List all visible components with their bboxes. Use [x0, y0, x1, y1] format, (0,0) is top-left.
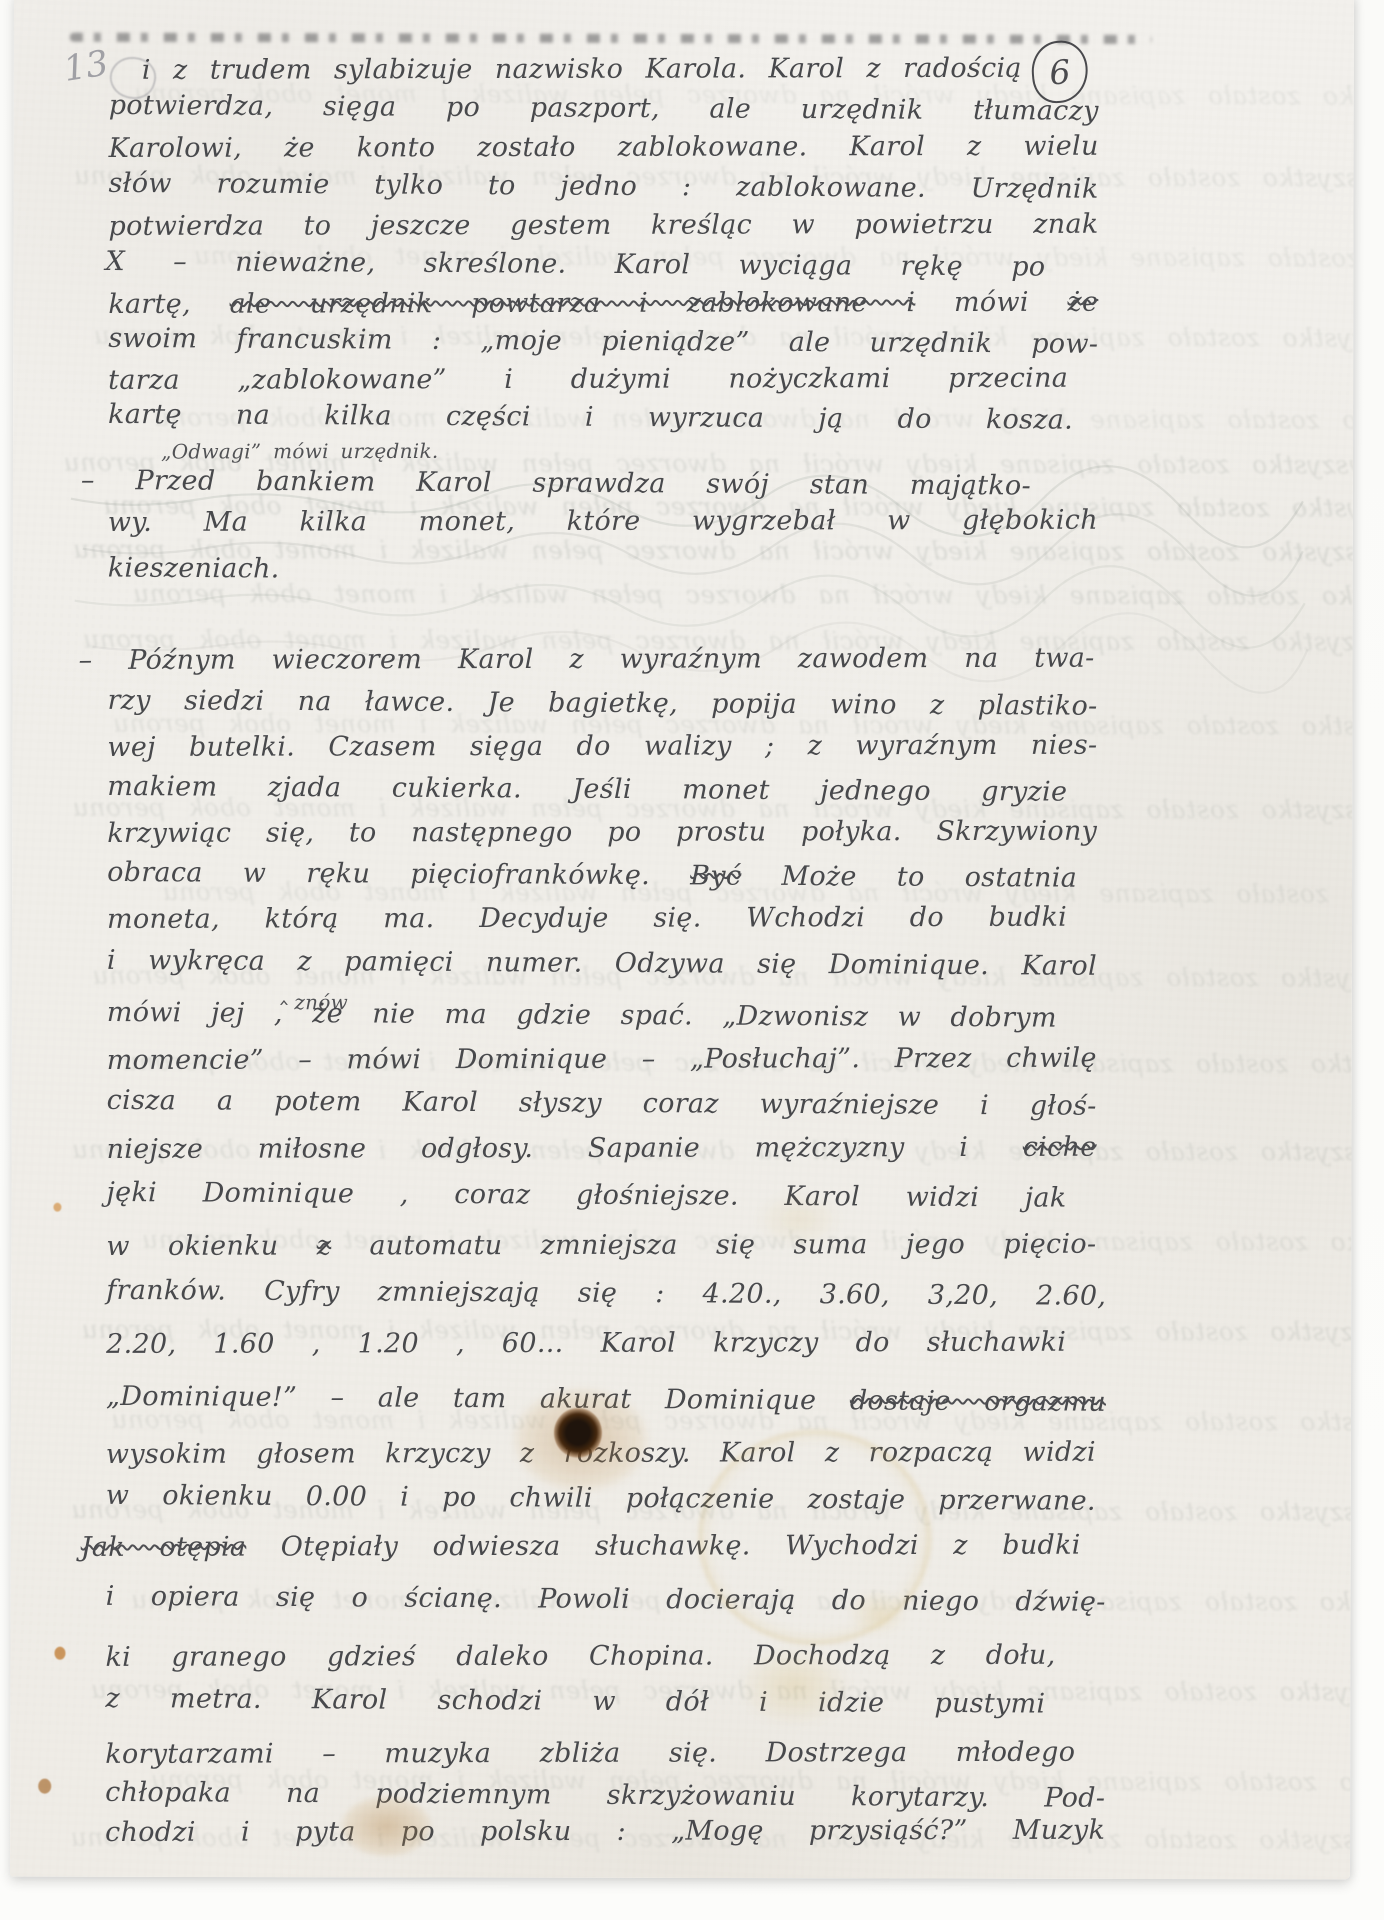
- text-segment: potwierdza, sięga po paszport, ale urzęd…: [109, 90, 1099, 127]
- text-segment: obraca w ręku pięciofrankówkę.: [107, 857, 690, 891]
- text-segment: – Późnym wieczorem Karol z wyraźnym zawo…: [79, 643, 1095, 676]
- text-segment: z metra. Karol schodzi w dół i idzie pus…: [105, 1683, 1045, 1720]
- handwritten-line-29: w okienku z automatu zmniejsza się suma …: [106, 1229, 1096, 1262]
- text-segment: Może to ostatnia: [741, 861, 1077, 894]
- text-segment: potwierdza to jeszcze gestem kreśląc w p…: [108, 209, 1098, 242]
- text-segment: moneta, którą ma. Decyduje się. Wchodzi …: [107, 902, 1067, 935]
- handwritten-line-32: „Dominique!” – ale tam akurat Dominique …: [106, 1381, 1106, 1418]
- text-segment: X – nieważne, skreślone. Karol wyciąga r…: [105, 246, 1045, 283]
- manuscript-lines: i z trudem sylabizuje nazwisko Karola. K…: [10, 0, 1354, 1879]
- handwritten-line-24: mówi jej , że nie ma gdzie spać. „Dzwoni…: [107, 997, 1057, 1034]
- handwritten-line-25: momencie” – mówi Dominique – „Posłuchaj”…: [107, 1043, 1097, 1076]
- handwritten-line-4: słów rozumie tylko to jedno : zablokowan…: [108, 168, 1098, 205]
- handwritten-line-34: w okienku 0.00 i po chwili połączenie zo…: [106, 1480, 1096, 1517]
- handwritten-line-27: niejsze miłosne odgłosy. Sapanie mężczyz…: [107, 1132, 1097, 1165]
- handwritten-line-5: potwierdza to jeszcze gestem kreśląc w p…: [108, 209, 1098, 242]
- handwritten-line-40: chłopaka na podziemnym skrzyżowaniu kory…: [105, 1777, 1105, 1814]
- handwritten-line-8: swoim francuskim : „moje pieniądze” ale …: [108, 323, 1098, 360]
- text-segment: 2.20, 1.60 , 1.20 , 60... Karol krzyczy …: [106, 1327, 1066, 1360]
- text-segment: tarza „zablokowane” i dużymi nożyczkami …: [108, 363, 1068, 396]
- text-segment: wej butelki. Czasem sięga do walizy ; z …: [107, 730, 1097, 763]
- text-segment: jęki Dominique , coraz głośniejsze. Karo…: [106, 1177, 1066, 1214]
- handwritten-line-35: Jak otępia Otępiały odwiesza słuchawkę. …: [81, 1530, 1081, 1563]
- handwritten-line-36: i opiera się o ścianę. Powoli docierają …: [106, 1581, 1106, 1618]
- strikethrough-text: Jak otępia: [81, 1532, 247, 1563]
- text-segment: „Odwagi” mówi urzędnik.: [161, 439, 439, 464]
- text-segment: chodzi i pyta po polsku : „Mogę przysiąś…: [105, 1815, 1105, 1848]
- text-segment: automatu zmniejsza się suma jego pięcio-: [331, 1229, 1096, 1262]
- strikethrough-text: dostaje orgazmu: [850, 1385, 1106, 1418]
- strikethrough-text: z: [317, 1230, 332, 1261]
- handwritten-line-31: 2.20, 1.60 , 1.20 , 60... Karol krzyczy …: [106, 1327, 1066, 1360]
- text-segment: „Dominique!” – ale tam akurat Dominique: [106, 1381, 850, 1416]
- handwritten-line-20: obraca w ręku pięciofrankówkę. Być Może …: [107, 857, 1077, 894]
- strikethrough-text: Być: [690, 860, 741, 891]
- text-segment: niejsze miłosne odgłosy. Sapanie mężczyz…: [107, 1132, 1023, 1165]
- handwritten-line-11: „Odwagi” mówi urzędnik.: [161, 439, 439, 464]
- text-segment: momencie” – mówi Dominique – „Posłuchaj”…: [107, 1043, 1097, 1076]
- handwritten-line-12: – Przed bankiem Karol sprawdza swój stan…: [81, 465, 1031, 502]
- handwritten-line-9: tarza „zablokowane” i dużymi nożyczkami …: [108, 363, 1068, 396]
- paper-sheet: nad ranem przy oknie stoją ludzie którzy…: [10, 0, 1354, 1879]
- handwritten-line-30: franków. Cyfry zmniejszają się : 4.20., …: [106, 1275, 1106, 1312]
- text-segment: wy. Ma kilka monet, które wygrzebał w gł…: [108, 505, 1098, 538]
- text-segment: wysokim głosem krzyczy z rozkoszy. Karol…: [106, 1437, 1096, 1470]
- text-segment: mówi jej , że nie ma gdzie spać. „Dzwoni…: [107, 997, 1057, 1034]
- text-segment: chłopaka na podziemnym skrzyżowaniu kory…: [105, 1777, 1105, 1814]
- strikethrough-text: że: [1067, 287, 1098, 318]
- handwritten-line-7: kartę, ale urzędnik powtarza i zablokowa…: [108, 287, 1098, 320]
- text-segment: w okienku 0.00 i po chwili połączenie zo…: [106, 1480, 1096, 1517]
- text-segment: krzywiąc się, to następnego po prostu po…: [107, 816, 1097, 849]
- handwritten-line-41: chodzi i pyta po polsku : „Mogę przysiąś…: [105, 1815, 1105, 1848]
- text-segment: – Przed bankiem Karol sprawdza swój stan…: [81, 465, 1031, 502]
- text-segment: korytarzami – muzyka zbliża się. Dostrze…: [105, 1737, 1075, 1770]
- handwritten-line-22: i wykręca z pamięci numer. Odzywa się Do…: [107, 945, 1097, 982]
- handwritten-line-37: ki granego gdzieś daleko Chopina. Dochod…: [105, 1640, 1055, 1673]
- text-segment: ki granego gdzieś daleko Chopina. Dochod…: [105, 1640, 1055, 1673]
- text-segment: rzy siedzi na ławce. Je bagietkę, popija…: [107, 685, 1097, 722]
- text-segment: i z trudem sylabizuje nazwisko Karola. K…: [142, 53, 1022, 86]
- handwritten-line-28: jęki Dominique , coraz głośniejsze. Karo…: [106, 1177, 1066, 1214]
- text-segment: w okienku: [106, 1230, 316, 1261]
- handwritten-line-39: korytarzami – muzyka zbliża się. Dostrze…: [105, 1737, 1075, 1770]
- handwritten-line-15: – Późnym wieczorem Karol z wyraźnym zawo…: [79, 643, 1095, 676]
- text-segment: franków. Cyfry zmniejszają się : 4.20., …: [106, 1275, 1106, 1312]
- scan-background: nad ranem przy oknie stoją ludzie którzy…: [0, 0, 1384, 1920]
- handwritten-line-38: z metra. Karol schodzi w dół i idzie pus…: [105, 1683, 1045, 1720]
- text-segment: słów rozumie tylko to jedno : zablokowan…: [108, 168, 1098, 205]
- handwritten-line-19: krzywiąc się, to następnego po prostu po…: [107, 816, 1097, 849]
- handwritten-line-10: kartę na kilka części i wyrzuca ją do ko…: [108, 399, 1073, 436]
- handwritten-line-13: wy. Ma kilka monet, które wygrzebał w gł…: [108, 505, 1098, 538]
- text-segment: Karolowi, że konto zostało zablokowane. …: [109, 131, 1099, 164]
- text-segment: Otępiały odwiesza słuchawkę. Wychodzi z …: [246, 1530, 1081, 1563]
- text-segment: swoim francuskim : „moje pieniądze” ale …: [108, 323, 1098, 360]
- handwritten-line-6: X – nieważne, skreślone. Karol wyciąga r…: [105, 246, 1045, 283]
- handwritten-line-3: Karolowi, że konto zostało zablokowane. …: [109, 131, 1099, 164]
- handwritten-line-18: makiem zjada cukierka. Jeśli monet jedne…: [107, 771, 1067, 808]
- strikethrough-text: ciche: [1023, 1132, 1097, 1163]
- text-segment: i wykręca z pamięci numer. Odzywa się Do…: [107, 945, 1097, 982]
- handwritten-line-21: moneta, którą ma. Decyduje się. Wchodzi …: [107, 902, 1067, 935]
- text-segment: i opiera się o ścianę. Powoli docierają …: [106, 1581, 1106, 1618]
- handwritten-line-33: wysokim głosem krzyczy z rozkoszy. Karol…: [106, 1437, 1096, 1470]
- handwritten-line-14: kieszeniach.: [108, 552, 280, 584]
- handwritten-line-2: potwierdza, sięga po paszport, ale urzęd…: [109, 90, 1099, 127]
- text-segment: mówi: [915, 287, 1067, 318]
- handwritten-line-16: rzy siedzi na ławce. Je bagietkę, popija…: [107, 685, 1097, 722]
- strikethrough-text: ale urzędnik powtarza i zablokowane i: [230, 287, 916, 320]
- text-segment: kartę na kilka części i wyrzuca ją do ko…: [108, 399, 1073, 436]
- text-segment: makiem zjada cukierka. Jeśli monet jedne…: [107, 771, 1067, 808]
- handwritten-line-17: wej butelki. Czasem sięga do walizy ; z …: [107, 730, 1097, 763]
- text-segment: kartę,: [108, 289, 229, 320]
- text-segment: kieszeniach.: [108, 552, 280, 584]
- text-segment: cisza a potem Karol słyszy coraz wyraźni…: [107, 1085, 1097, 1122]
- handwritten-line-1: i z trudem sylabizuje nazwisko Karola. K…: [142, 53, 1022, 86]
- handwritten-line-26: cisza a potem Karol słyszy coraz wyraźni…: [107, 1085, 1097, 1122]
